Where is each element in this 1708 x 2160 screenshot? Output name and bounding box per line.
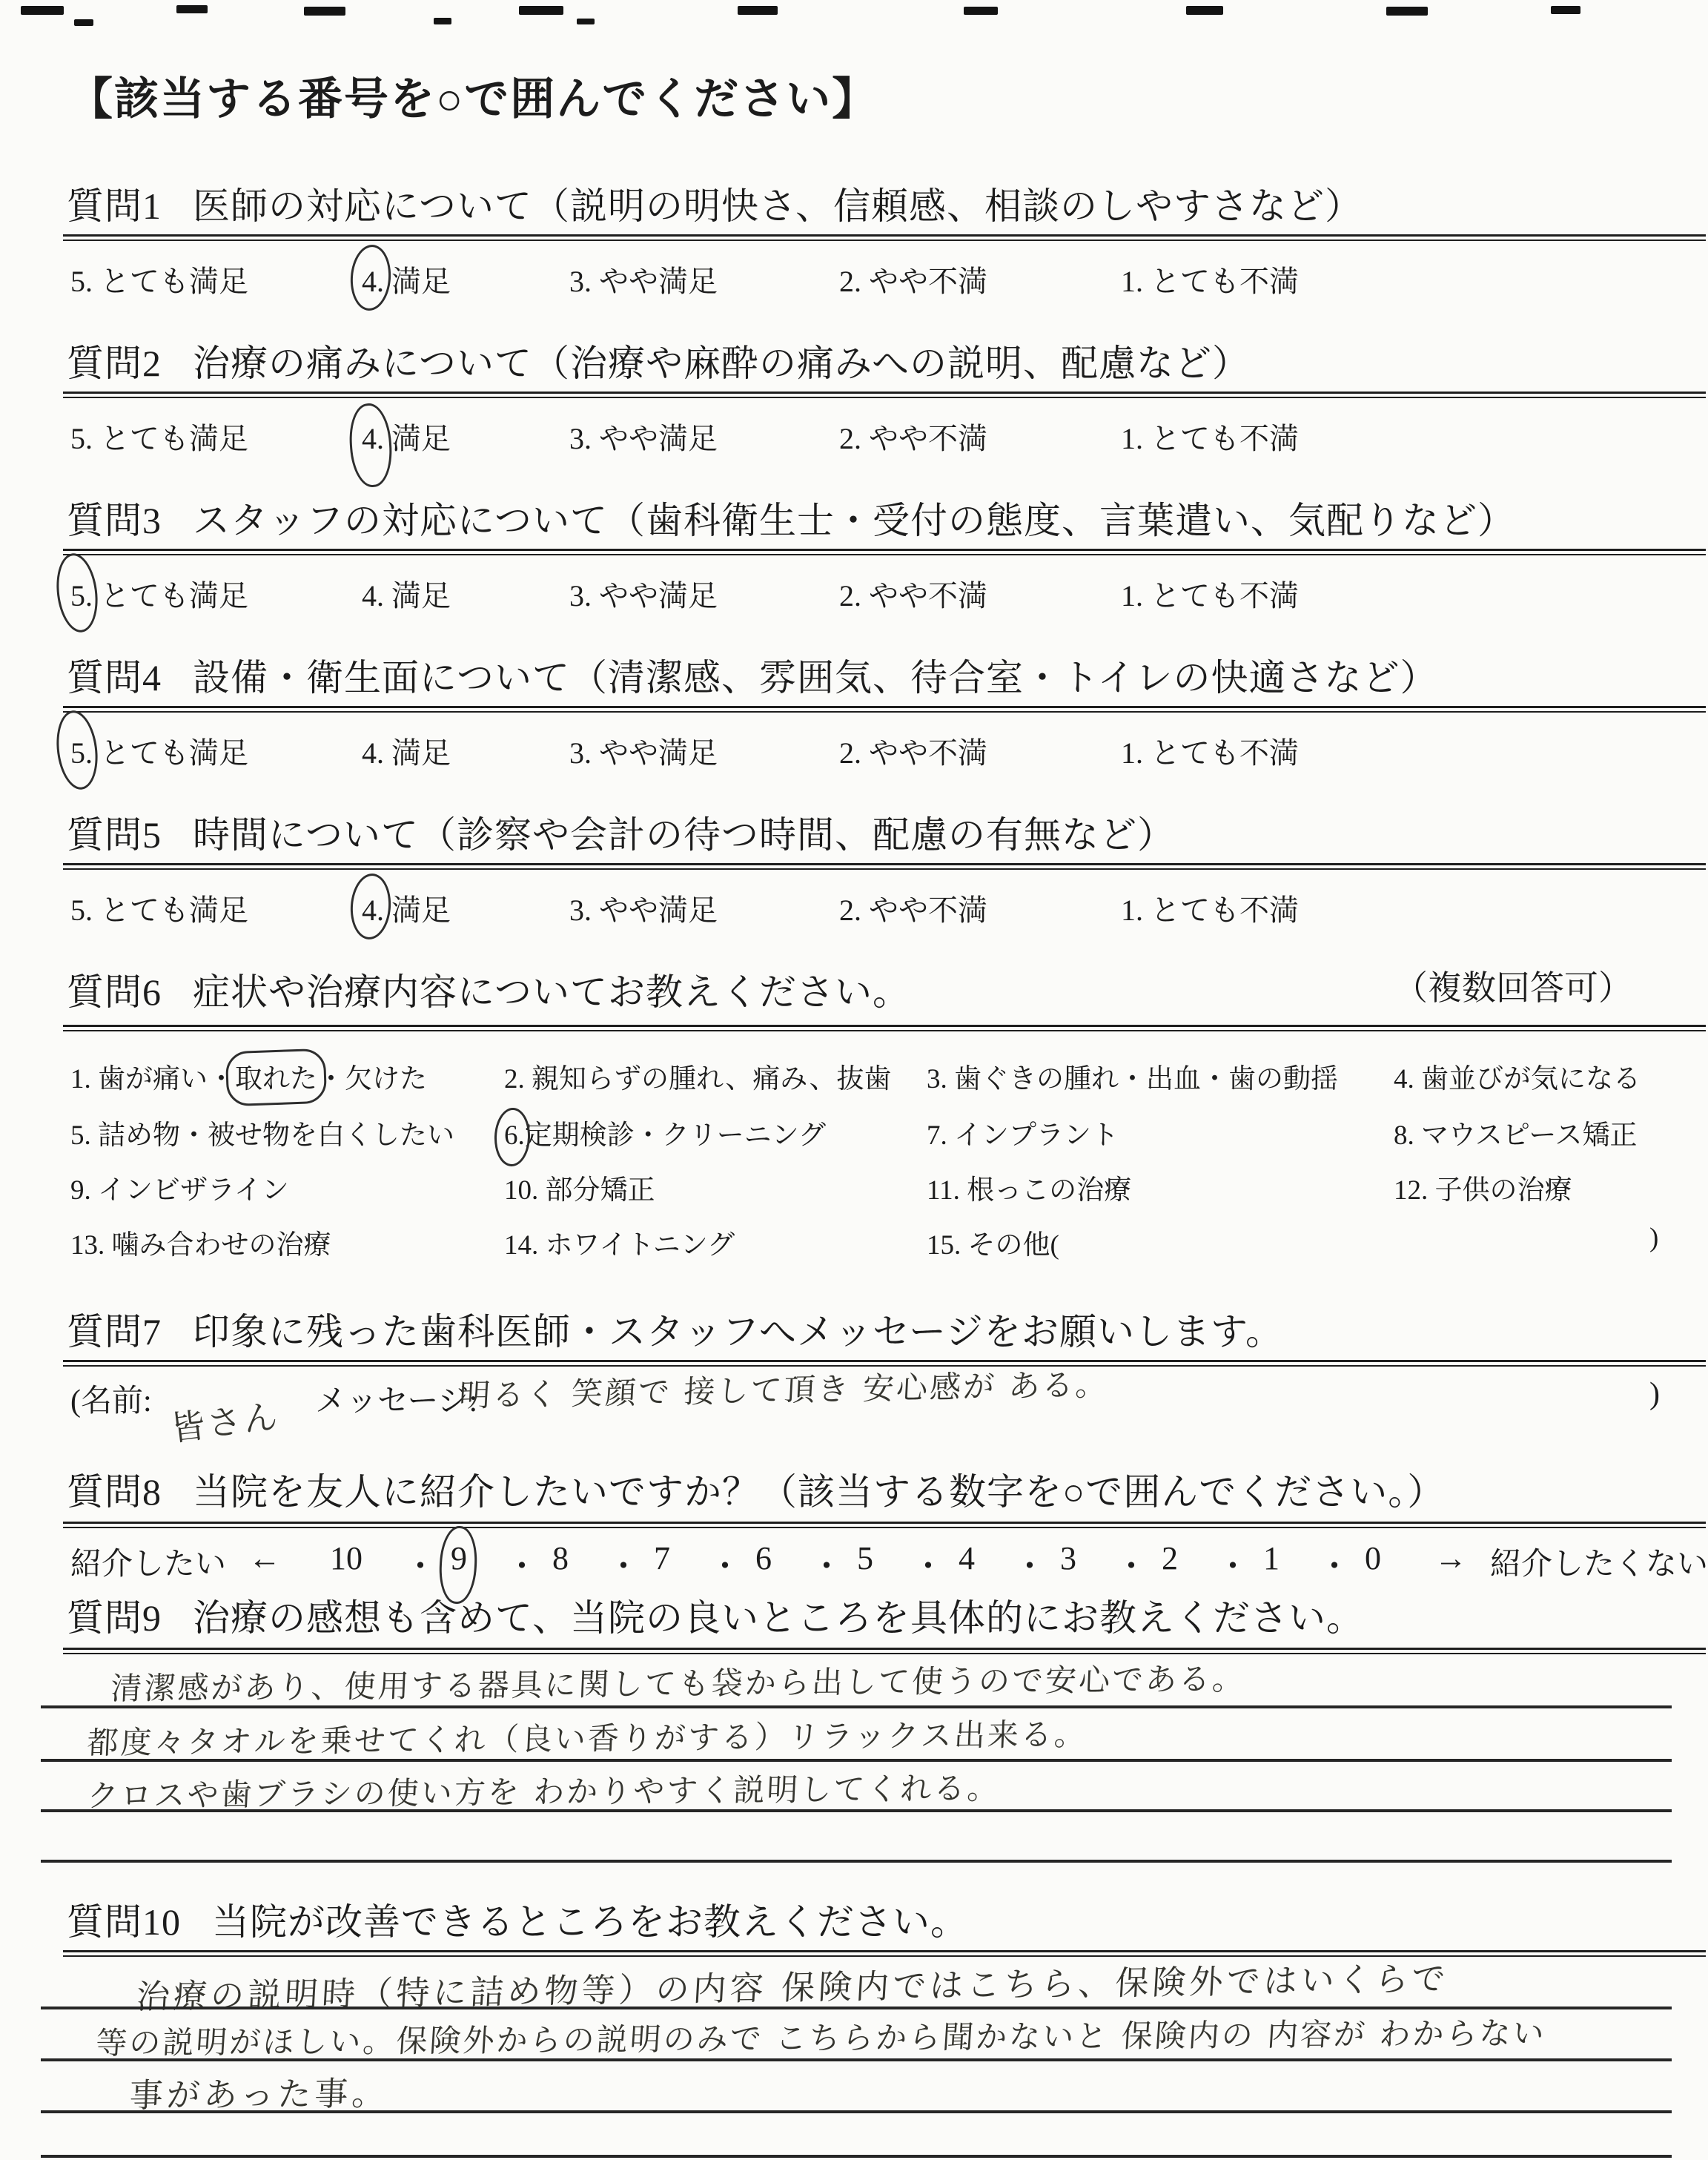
divider <box>63 392 1706 398</box>
right-arrow-icon: → <box>1434 1539 1467 1577</box>
question-3-text: スタッフの対応について（歯科衛生士・受付の態度、言葉遣い、気配りなど） <box>193 500 1515 541</box>
symptom-item-5: 5. 詰め物・被せ物を白くしたい <box>70 1112 454 1152</box>
symptom-item-9: 9. インビザライン <box>70 1167 289 1207</box>
question-6-text: 症状や治療内容についてお教えください。 <box>193 971 910 1013</box>
dot-separator: ・ <box>607 1539 640 1587</box>
question-9-text: 治療の感想も含めて、当院の良いところを具体的にお教えください。 <box>193 1597 1364 1639</box>
answer-line <box>41 1705 1672 1708</box>
option-1: 1.とても不満 <box>1121 887 1299 929</box>
symptom-item-13: 13. 噛み合わせの治療 <box>70 1222 331 1262</box>
handwritten-circle: 5. <box>70 578 93 613</box>
question-4-title: 質問4設備・衛生面について（清潔感、雰囲気、待合室・トイレの快適さなど） <box>67 648 1438 701</box>
handwritten-circle: 取れた <box>235 1056 317 1096</box>
divider <box>63 706 1706 713</box>
scan-artifact <box>519 6 563 15</box>
divider <box>63 863 1706 870</box>
divider <box>63 234 1706 241</box>
scale-10: 10 <box>330 1539 363 1577</box>
option-4-circled: 4.満足 <box>362 887 451 929</box>
scan-artifact <box>1386 7 1428 16</box>
scale-6: 6 <box>755 1539 772 1577</box>
option-2: 2.やや不満 <box>839 415 987 458</box>
scan-artifact <box>74 19 93 26</box>
option-2: 2.やや不満 <box>839 258 987 300</box>
question-8-title: 質問8当院を友人に紹介したいですか？（該当する数字を○で囲んでください。） <box>67 1462 1445 1516</box>
question-10-title: 質問10当院が改善できるところをお教えください。 <box>67 1892 968 1946</box>
question-7-label: 質問7 <box>67 1311 162 1353</box>
dot-separator: ・ <box>404 1539 437 1587</box>
question-2-options: 5.とても満足 4.満足 3.やや満足 2.やや不満 1.とても不満 <box>0 415 1708 467</box>
scale-4: 4 <box>959 1539 975 1577</box>
option-5: 5.とても満足 <box>70 415 248 458</box>
divider <box>63 1950 1706 1957</box>
multi-answer-note: （複数回答可） <box>1394 961 1632 1010</box>
scale-2: 2 <box>1162 1539 1178 1577</box>
option-4-circled: 4.満足 <box>362 258 451 300</box>
symptom-item-15-close: ) <box>1649 1222 1658 1254</box>
symptom-item-12: 12. 子供の治療 <box>1394 1167 1572 1207</box>
page-title: 【該当する番号を○で囲んでください】 <box>68 64 878 128</box>
question-5-options: 5.とても満足 4.満足 3.やや満足 2.やや不満 1.とても不満 <box>0 887 1708 939</box>
symptom-item-1: 1. 歯が痛い・取れた・欠けた <box>70 1056 427 1096</box>
dot-separator: ・ <box>709 1539 741 1587</box>
question-7-title: 質問7印象に残った歯科医師・スタッフへメッセージをお願いします。 <box>67 1302 1283 1355</box>
handwritten-circle: 4. <box>362 893 384 928</box>
question-6-row-3: 9. インビザライン 10. 部分矯正 11. 根っこの治療 12. 子供の治療 <box>0 1167 1708 1215</box>
question-4-label: 質問4 <box>67 657 162 698</box>
scale-left-label: 紹介したい <box>70 1539 226 1584</box>
handwritten-name: 皆さん <box>168 1389 282 1450</box>
question-4-text: 設備・衛生面について（清潔感、雰囲気、待合室・トイレの快適さなど） <box>193 657 1438 698</box>
question-8-label: 質問8 <box>67 1471 162 1513</box>
question-8-text: 当院を友人に紹介したいですか？（該当する数字を○で囲んでください。） <box>193 1471 1445 1513</box>
handwritten-circle: 4. <box>362 421 384 456</box>
question-1-text: 医師の対応について（説明の明快さ、信頼感、相談のしやすさなど） <box>193 185 1363 227</box>
option-5-circled: 5.とても満足 <box>70 730 248 772</box>
scan-artifact <box>21 6 64 15</box>
divider <box>63 1648 1706 1654</box>
symptom-item-10: 10. 部分矯正 <box>504 1167 655 1207</box>
question-5-title: 質問5時間について（診察や会計の待つ時間、配慮の有無など） <box>67 805 1175 859</box>
question-3-options: 5.とても満足 4.満足 3.やや満足 2.やや不満 1.とても不満 <box>0 572 1708 624</box>
question-6-row-1: 1. 歯が痛い・取れた・欠けた 2. 親知らずの腫れ、痛み、抜歯 3. 歯ぐきの… <box>0 1056 1708 1103</box>
question-4-options: 5.とても満足 4.満足 3.やや満足 2.やや不満 1.とても不満 <box>0 730 1708 782</box>
handwritten-answer-line: 清潔感があり、使用する器具に関しても袋から出して使うので安心である。 <box>110 1654 1246 1708</box>
dot-separator: ・ <box>810 1539 843 1587</box>
close-paren: ) <box>1649 1376 1660 1412</box>
symptom-item-2: 2. 親知らずの腫れ、痛み、抜歯 <box>504 1056 891 1096</box>
question-9-label: 質問9 <box>67 1597 162 1639</box>
handwritten-message: 明るく 笑顔で 接して頂き 安心感が ある。 <box>458 1360 1110 1416</box>
question-3-title: 質問3スタッフの対応について（歯科衛生士・受付の態度、言葉遣い、気配りなど） <box>67 491 1515 544</box>
option-4: 4.満足 <box>362 730 451 772</box>
option-1: 1.とても不満 <box>1121 258 1299 300</box>
answer-line <box>41 2058 1672 2061</box>
question-6-row-4: 13. 噛み合わせの治療 14. ホワイトニング 15. その他( ) <box>0 1222 1708 1269</box>
handwritten-answer-line: 都度々タオルを乗せてくれ（良い香りがする）リラックス出来る。 <box>86 1710 1088 1763</box>
option-5: 5.とても満足 <box>70 258 248 300</box>
dot-separator: ・ <box>506 1539 538 1587</box>
symptom-item-14: 14. ホワイトニング <box>504 1222 735 1262</box>
scan-artifact <box>176 5 208 13</box>
divider <box>63 1522 1706 1528</box>
option-4-circled: 4.満足 <box>362 415 451 458</box>
dot-separator: ・ <box>1115 1539 1148 1587</box>
symptom-item-8: 8. マウスピース矯正 <box>1394 1112 1638 1152</box>
answer-line <box>41 2110 1672 2113</box>
option-1: 1.とても不満 <box>1121 730 1299 772</box>
divider <box>63 549 1706 555</box>
dot-separator: ・ <box>1217 1539 1249 1587</box>
handwritten-circle: 4. <box>362 264 384 299</box>
option-3: 3.やや満足 <box>569 730 718 772</box>
question-1-title: 質問1医師の対応について（説明の明快さ、信頼感、相談のしやすさなど） <box>67 176 1363 230</box>
question-2-title: 質問2治療の痛みについて（治療や麻酔の痛みへの説明、配慮など） <box>67 334 1250 387</box>
scan-artifact <box>964 7 998 15</box>
scan-artifact <box>577 19 595 24</box>
option-3: 3.やや満足 <box>569 887 718 929</box>
handwritten-circle: 5. <box>70 736 93 770</box>
message-field-label: メッセージ: <box>315 1376 477 1421</box>
question-10-label: 質問10 <box>67 1901 181 1943</box>
option-2: 2.やや不満 <box>839 887 987 929</box>
scan-artifact <box>1186 6 1223 15</box>
option-3: 3.やや満足 <box>569 415 718 458</box>
option-3: 3.やや満足 <box>569 258 718 300</box>
option-3: 3.やや満足 <box>569 572 718 615</box>
answer-line <box>41 1860 1672 1863</box>
question-10-text: 当院が改善できるところをお教えください。 <box>212 1901 968 1943</box>
scan-artifact <box>1551 6 1580 14</box>
scan-artifact <box>304 7 345 16</box>
question-5-text: 時間について（診察や会計の待つ時間、配慮の有無など） <box>193 814 1175 856</box>
scale-8: 8 <box>552 1539 569 1577</box>
scale-7: 7 <box>654 1539 670 1577</box>
scan-artifact <box>738 6 778 15</box>
question-9-title: 質問9治療の感想も含めて、当院の良いところを具体的にお教えください。 <box>67 1588 1364 1642</box>
symptom-item-7: 7. インプラント <box>927 1112 1119 1152</box>
handwritten-answer-line: クロスや歯ブラシの使い方を わかりやすく説明してくれる。 <box>86 1764 1001 1817</box>
answer-line <box>41 1759 1672 1762</box>
answer-line <box>41 2155 1672 2158</box>
question-1-options: 5.とても満足 4.満足 3.やや満足 2.やや不満 1.とても不満 <box>0 258 1708 310</box>
question-2-text: 治療の痛みについて（治療や麻酔の痛みへの説明、配慮など） <box>193 343 1250 384</box>
scale-0: 0 <box>1365 1539 1381 1577</box>
answer-line <box>41 1809 1672 1812</box>
symptom-item-6-circled: 6.定期検診・クリーニング <box>504 1112 826 1152</box>
dot-separator: ・ <box>1013 1539 1046 1587</box>
symptom-item-15: 15. その他( <box>927 1222 1059 1262</box>
question-2-label: 質問2 <box>67 343 162 384</box>
left-arrow-icon: ← <box>248 1539 281 1577</box>
question-7-answer-row: (名前: 皆さん メッセージ: 明るく 笑顔で 接して頂き 安心感が ある。 ) <box>0 1376 1708 1458</box>
option-1: 1.とても不満 <box>1121 415 1299 458</box>
option-5-circled: 5.とても満足 <box>70 572 248 615</box>
question-6-row-2: 5. 詰め物・被せ物を白くしたい 6.定期検診・クリーニング 7. インプラント… <box>0 1112 1708 1160</box>
scan-artifact <box>434 18 451 24</box>
scale-5: 5 <box>857 1539 873 1577</box>
question-6-label: 質問6 <box>67 971 162 1013</box>
name-field-label: (名前: <box>70 1376 152 1421</box>
scale-1: 1 <box>1263 1539 1280 1577</box>
handwritten-answer-line: 事があった事。 <box>129 2066 391 2116</box>
symptom-item-3: 3. 歯ぐきの腫れ・出血・歯の動揺 <box>927 1056 1338 1096</box>
question-6-title: 質問6症状や治療内容についてお教えください。 <box>67 962 910 1016</box>
handwritten-circle: 9 <box>451 1539 467 1577</box>
option-5: 5.とても満足 <box>70 887 248 929</box>
scanned-survey-form: 【該当する番号を○で囲んでください】 質問1医師の対応について（説明の明快さ、信… <box>0 0 1708 2160</box>
option-2: 2.やや不満 <box>839 572 987 615</box>
divider <box>63 1025 1706 1031</box>
dot-separator: ・ <box>1318 1539 1351 1587</box>
question-7-text: 印象に残った歯科医師・スタッフへメッセージをお願いします。 <box>193 1311 1283 1353</box>
symptom-item-4: 4. 歯並びが気になる <box>1394 1056 1641 1096</box>
question-3-label: 質問3 <box>67 500 162 541</box>
question-1-label: 質問1 <box>67 185 162 227</box>
symptom-item-11: 11. 根っこの治療 <box>927 1167 1131 1207</box>
scale-3: 3 <box>1060 1539 1076 1577</box>
handwritten-answer-line: 等の説明がほしい。保険外からの説明のみで こちらから聞かないと 保険内の 内容が… <box>95 2009 1548 2064</box>
option-4: 4.満足 <box>362 572 451 615</box>
option-1: 1.とても不満 <box>1121 572 1299 615</box>
dot-separator: ・ <box>912 1539 944 1587</box>
handwritten-circle: 6. <box>504 1120 525 1152</box>
option-2: 2.やや不満 <box>839 730 987 772</box>
scale-right-label: 紹介したくない <box>1490 1539 1708 1584</box>
question-5-label: 質問5 <box>67 814 162 856</box>
